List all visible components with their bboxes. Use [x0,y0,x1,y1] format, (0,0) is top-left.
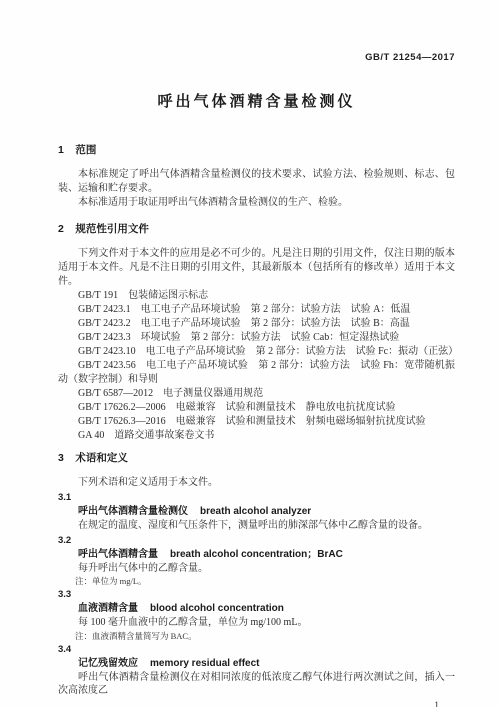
term-note: 注：血液酒精含量简写为 BAC。 [58,630,455,642]
term-definition: 在规定的温度、湿度和气压条件下，测量呼出的肺深部气体中乙醇含量的设备。 [58,519,455,533]
term-3-1: 3.1 呼出气体酒精含量检测仪breath alcohol analyzer 在… [58,491,455,533]
term-zh: 呼出气体酒精含量检测仪 [78,506,188,517]
term-number: 3.1 [58,491,455,505]
section-1-title: 范围 [75,144,96,156]
term-number: 3.3 [58,588,455,602]
section-2-heading: 2规范性引用文件 [58,221,455,236]
reference-item: GB/T 2423.56 电工电子产品环境试验 第 2 部分：试验方法 试验 F… [58,359,455,387]
term-definition: 呼出气体酒精含量检测仪在对相同浓度的低浓度乙醇气体进行两次测试之间，插入一次高浓… [58,671,455,698]
section-3-title: 术语和定义 [75,452,128,464]
term-en: breath alcohol analyzer [200,506,311,517]
term-en: blood alcohol concentration [150,603,284,614]
term-definition: 每升呼出气体中的乙醇含量。 [58,562,455,576]
section-1-number: 1 [58,144,64,156]
term-3-3: 3.3 血液酒精含量blood alcohol concentration 每 … [58,588,455,642]
references-intro: 下列文件对于本文件的应用是必不可少的。凡是注日期的引用文件，仅注日期的版本适用于… [58,247,455,289]
reference-item: GB/T 17626.3—2016 电磁兼容 试验和测量技术 射频电磁场辐射抗扰… [58,415,455,429]
section-3-heading: 3术语和定义 [58,450,455,465]
term-definition: 每 100 毫升血液中的乙醇含量，单位为 mg/100 mL。 [58,616,455,630]
term-title: 呼出气体酒精含量检测仪breath alcohol analyzer [58,505,455,519]
section-2-title: 规范性引用文件 [75,223,149,235]
term-3-2: 3.2 呼出气体酒精含量breath alcohol concentration… [58,534,455,588]
reference-item: GA 40 道路交通事故案卷文书 [58,429,455,443]
term-title: 呼出气体酒精含量breath alcohol concentration；BrA… [58,548,455,562]
scope-paragraph-2: 本标准适用于取证用呼出气体酒精含量检测仪的生产、检验。 [58,196,455,210]
reference-item: GB/T 191 包装储运图示标志 [58,289,455,303]
reference-item: GB/T 2423.3 环境试验 第 2 部分：试验方法 试验 Cab：恒定湿热… [58,331,455,345]
reference-item: GB/T 2423.1 电工电子产品环境试验 第 2 部分：试验方法 试验 A：… [58,303,455,317]
term-zh: 呼出气体酒精含量 [78,549,158,560]
scope-paragraph-1: 本标准规定了呼出气体酒精含量检测仪的技术要求、试验方法、检验规则、标志、包装、运… [58,168,455,196]
document-page: GB/T 21254—2017 呼出气体酒精含量检测仪 1范围 本标准规定了呼出… [0,0,500,707]
term-3-4: 3.4 记忆残留效应memory residual effect 呼出气体酒精含… [58,643,455,698]
term-title: 记忆残留效应memory residual effect [58,657,455,671]
page-number: 1 [58,701,455,707]
section-3-number: 3 [58,452,64,464]
terms-intro: 下列术语和定义适用于本文件。 [58,476,455,490]
section-1-heading: 1范围 [58,142,455,157]
reference-item: GB/T 17626.2—2006 电磁兼容 试验和测量技术 静电放电抗扰度试验 [58,401,455,415]
term-number: 3.2 [58,534,455,548]
term-zh: 记忆残留效应 [78,658,138,669]
reference-item: GB/T 6587—2012 电子测量仪器通用规范 [58,387,455,401]
section-2-number: 2 [58,223,64,235]
doc-number: GB/T 21254—2017 [58,52,455,63]
term-zh: 血液酒精含量 [78,603,138,614]
term-number: 3.4 [58,643,455,657]
reference-item: GB/T 2423.10 电工电子产品环境试验 第 2 部分：试验方法 试验 F… [58,345,455,359]
term-en: memory residual effect [150,658,260,669]
doc-title: 呼出气体酒精含量检测仪 [58,90,455,111]
reference-item: GB/T 2423.2 电工电子产品环境试验 第 2 部分：试验方法 试验 B：… [58,317,455,331]
term-en: breath alcohol concentration；BrAC [170,549,343,560]
term-title: 血液酒精含量blood alcohol concentration [58,602,455,616]
term-note: 注：单位为 mg/L。 [58,575,455,587]
